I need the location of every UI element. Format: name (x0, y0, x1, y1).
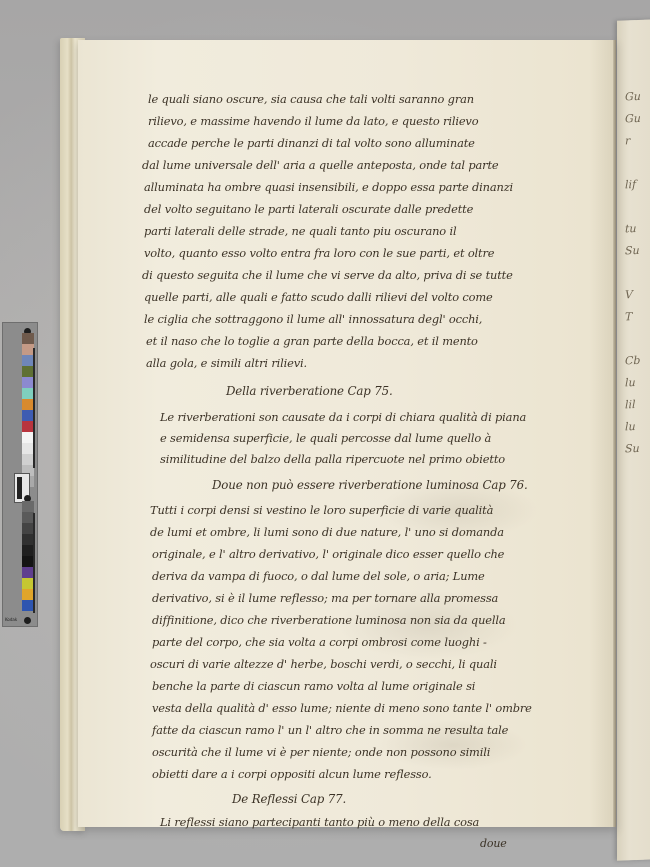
text-line: fatte da ciascun ramo l' un l' altro che… (152, 723, 508, 737)
text-line: alluminata ha ombre quasi insensibili, e… (144, 180, 513, 194)
text-line: Tutti i corpi densi si vestino le loro s… (150, 503, 493, 517)
target-bar (33, 348, 35, 468)
catchword: doue (480, 837, 507, 850)
text-line: rilievo, e massime havendo il lume da la… (148, 114, 478, 128)
text-line: vesta della qualità d' esso lume; niente… (152, 701, 532, 715)
text-line: Le riverberationi son causate da i corpi… (160, 410, 526, 424)
text-line: dal lume universale dell' aria a quelle … (142, 158, 498, 172)
facing-page-text: tu (625, 222, 637, 236)
text-line: parte del corpo, che sia volta a corpi o… (152, 635, 487, 649)
text-line: accade perche le parti dinanzi di tal vo… (148, 136, 475, 150)
facing-page-text: Gu (625, 112, 641, 127)
facing-page-text: T (625, 310, 632, 324)
facing-page-text: V (625, 288, 633, 302)
facing-page-text: Su (625, 442, 640, 457)
text-line: deriva da vampa di fuoco, o dal lume del… (152, 569, 485, 583)
facing-page-text: Cb (625, 354, 640, 369)
text-line: alla gola, e simili altri rilievi. (146, 356, 307, 370)
facing-page-text: lu (625, 420, 636, 434)
text-line: similitudine del balzo della palla riper… (160, 452, 505, 466)
facing-page-text: Gu (625, 90, 641, 105)
text-line: volto, quanto esso volto entra fra loro … (144, 246, 494, 260)
target-brand: Kodak (5, 617, 17, 622)
text-line: derivativo, si è il lume reflesso; ma pe… (152, 591, 498, 605)
facing-page-text: lil (625, 398, 636, 412)
color-swatch (22, 333, 34, 344)
color-swatch (22, 501, 34, 512)
text-line: e semidensa superficie, le quali percoss… (160, 431, 491, 445)
text-line: de lumi et ombre, li lumi sono di due na… (150, 525, 504, 539)
color-calibration-target: Kodak (2, 322, 38, 627)
text-line: oscuri di varie altezze d' herbe, boschi… (150, 657, 497, 671)
text-line: et il naso che lo toglie a gran parte de… (146, 334, 478, 348)
text-line: le ciglia che sottraggono il lume all' i… (144, 312, 482, 326)
facing-page-text: r (625, 134, 630, 148)
text-line: quelle parti, alle quali e fatto scudo d… (144, 290, 493, 304)
text-line: le quali siano oscure, sia causa che tal… (148, 92, 474, 106)
text-line: oscurità che il lume vi è per niente; on… (152, 745, 490, 759)
text-line: di questo seguita che il lume che vi ser… (142, 268, 513, 282)
chapter-heading: Della riverberatione Cap 75. (226, 384, 393, 398)
target-hole-icon (24, 617, 31, 624)
facing-page: GuGurliftuSuVTCblulilluSu (617, 19, 650, 860)
text-line: diffinitione, dico che riverberatione lu… (152, 613, 505, 627)
text-line: parti laterali delle strade, ne quali ta… (144, 224, 456, 238)
text-line: originale, e l' altro derivativo, l' ori… (152, 547, 504, 561)
text-line: benche la parte di ciascun ramo volta al… (152, 679, 475, 693)
facing-page-text: lif (625, 178, 636, 192)
text-line: Li reflessi siano partecipanti tanto più… (160, 815, 479, 829)
facing-page-text: lu (625, 376, 636, 390)
facing-page-text: Su (625, 244, 640, 259)
chapter-heading: De Reflessi Cap 77. (232, 792, 346, 806)
text-line: obietti dare a i corpi oppositi alcun lu… (152, 767, 432, 781)
chapter-heading: Doue non può essere riverberatione lumin… (212, 478, 528, 492)
text-line: del volto seguitano le parti laterali os… (144, 202, 473, 216)
target-bar (33, 513, 35, 613)
